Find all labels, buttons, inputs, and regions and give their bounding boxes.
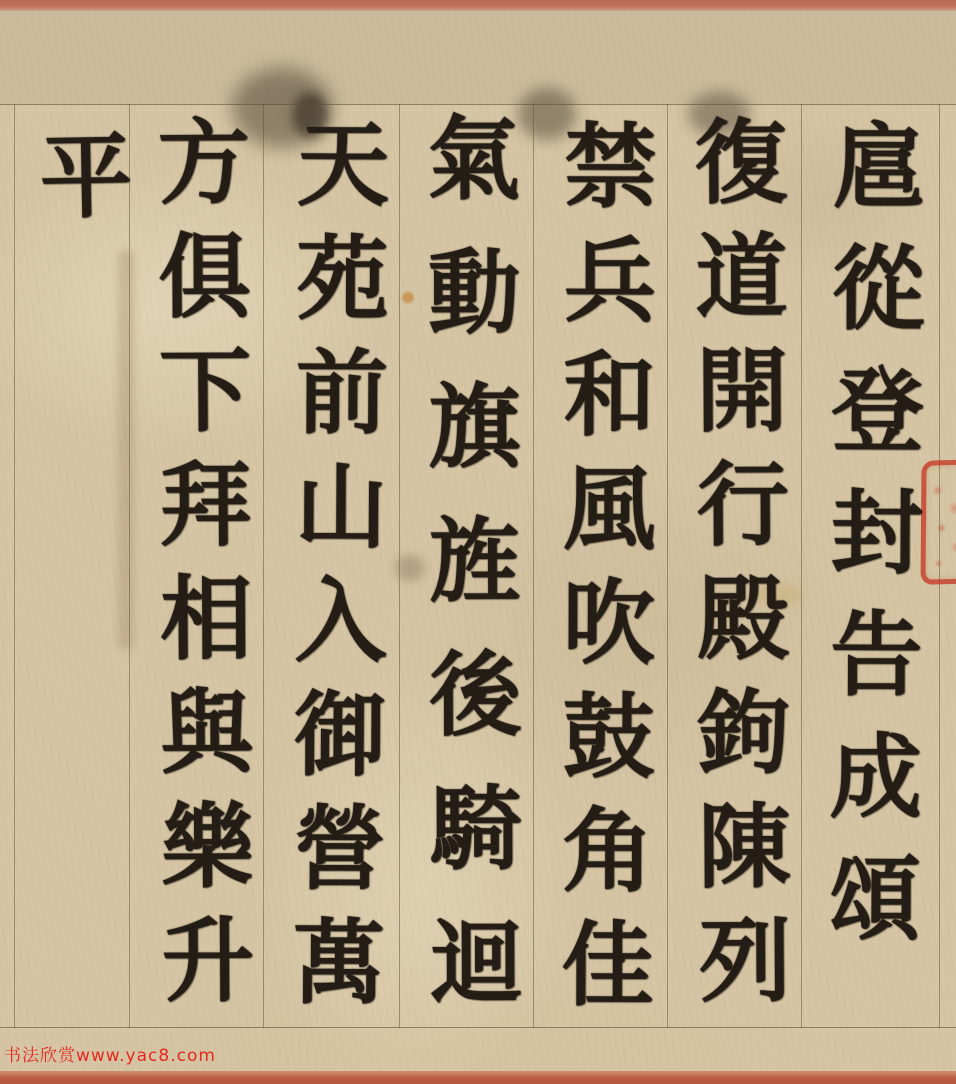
paper-upper-margin [0,11,956,104]
calligraphy-scroll-photo: 扈從登封告成頌 復道開行殿鉤陳列 禁兵和風吹鼓角佳 氣動旗旌後騎迴 天苑前山入御… [0,0,956,1084]
calligraphy-column-4: 氣動旗旌後騎迴 [419,110,514,1048]
mount-border-top [0,0,956,11]
column-rule [533,104,534,1028]
column-rule [667,104,668,1028]
column-rule [14,104,15,1028]
ruled-line-top [0,104,956,105]
calligraphy-column-title: 扈從登封告成頌 [821,118,917,972]
site-watermark: 书法欣赏www.yac8.com [4,1041,216,1066]
paper-stain [118,250,134,650]
column-rule [263,104,264,1028]
mount-border-bottom [0,1071,956,1084]
calligraphy-column-2: 復道開行殿鉤陳列 [687,114,784,1026]
column-rule [801,104,802,1028]
calligraphy-column-7: 平 [31,127,125,221]
column-rule [129,104,130,1028]
calligraphy-column-3: 禁兵和風吹鼓角佳 [553,118,648,1030]
calligraphy-column-6: 方俱下拜相與樂升 [150,114,247,1026]
red-seal-stamp [920,459,956,585]
calligraphy-column-5: 天苑前山入御營萬 [285,116,382,1028]
column-rule [399,104,400,1028]
